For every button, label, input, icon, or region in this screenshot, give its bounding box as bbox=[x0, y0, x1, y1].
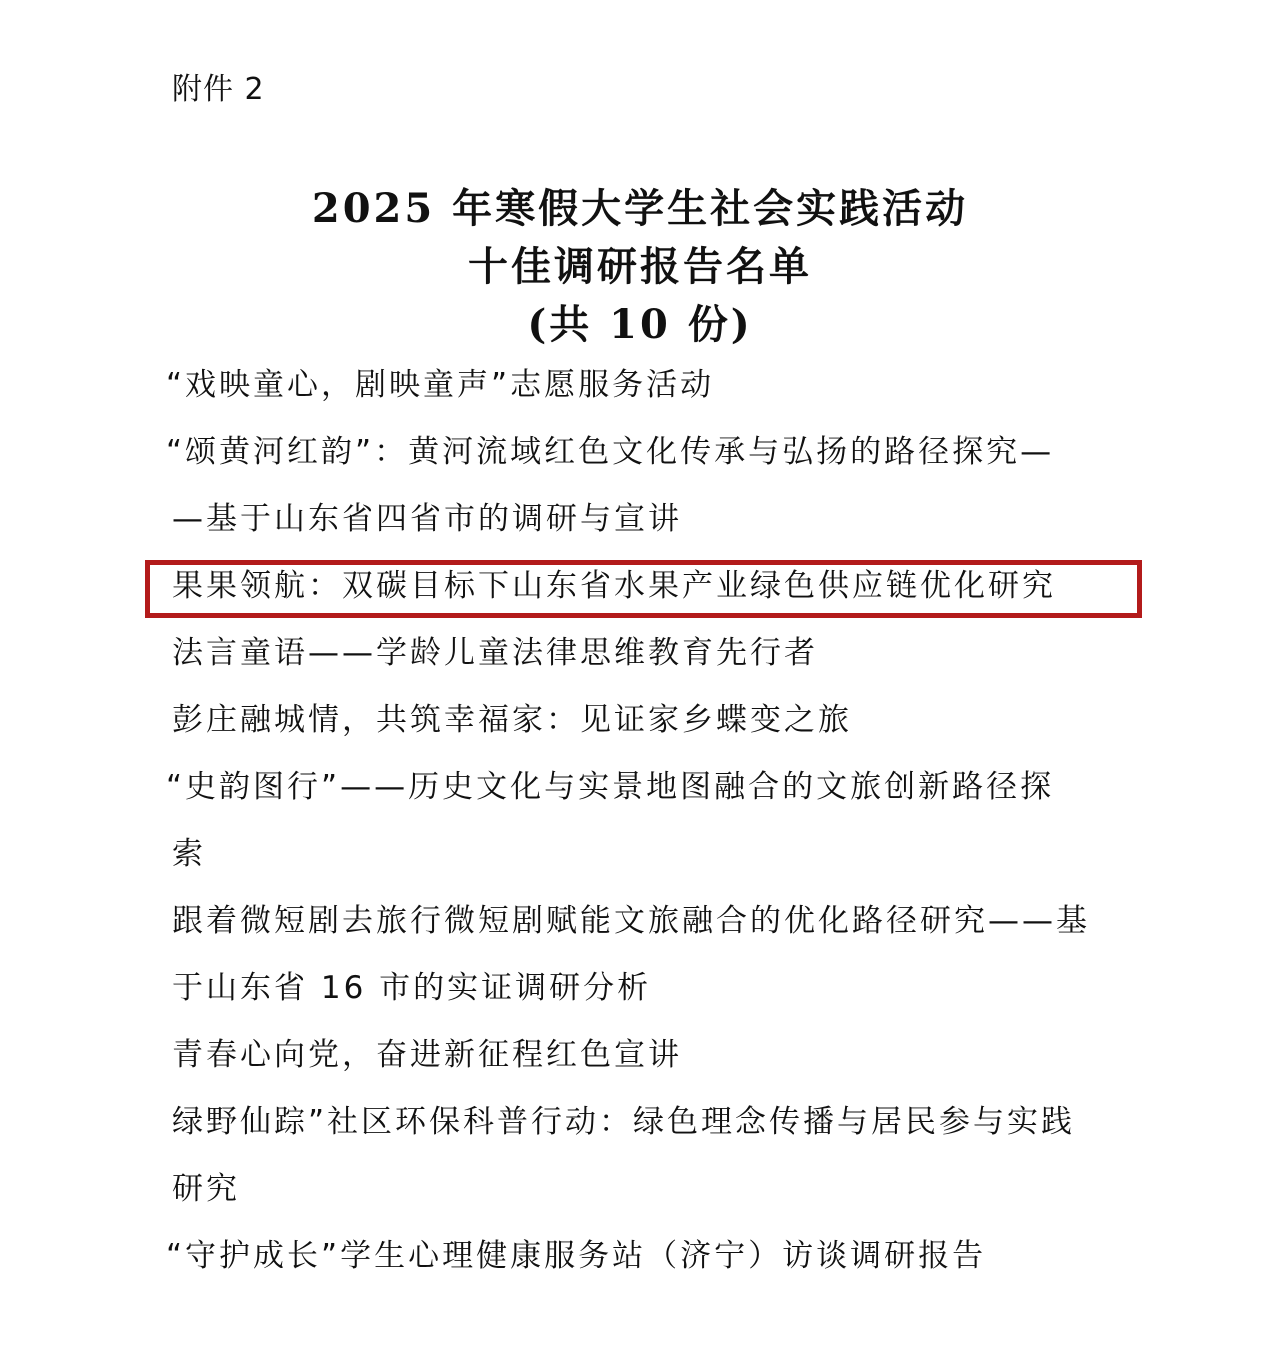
report-line: 绿野仙踪”社区环保科普行动：绿色理念传播与居民参与实践 bbox=[172, 1089, 1112, 1156]
report-line: “史韵图行”——历史文化与实景地图融合的文旅创新路径探 bbox=[166, 754, 1112, 821]
report-line: “颂黄河红韵”：黄河流域红色文化传承与弘扬的路径探究— bbox=[166, 419, 1112, 486]
title-line-3: (共 10 份) bbox=[0, 296, 1280, 354]
title-line-1: 2025 年寒假大学生社会实践活动 bbox=[0, 180, 1280, 238]
document-title: 2025 年寒假大学生社会实践活动 十佳调研报告名单 (共 10 份) bbox=[0, 180, 1280, 354]
report-line: 于山东省 16 市的实证调研分析 bbox=[172, 955, 1112, 1022]
report-line: “守护成长”学生心理健康服务站（济宁）访谈调研报告 bbox=[166, 1223, 1112, 1290]
report-line: “戏映童心，剧映童声”志愿服务活动 bbox=[166, 352, 1112, 419]
report-line: 青春心向党，奋进新征程红色宣讲 bbox=[172, 1022, 1112, 1089]
report-line-highlighted: 果果领航：双碳目标下山东省水果产业绿色供应链优化研究 bbox=[172, 553, 1112, 620]
report-list: “戏映童心，剧映童声”志愿服务活动 “颂黄河红韵”：黄河流域红色文化传承与弘扬的… bbox=[172, 352, 1112, 1290]
title-line-2: 十佳调研报告名单 bbox=[0, 238, 1280, 296]
report-line: 跟着微短剧去旅行微短剧赋能文旅融合的优化路径研究——基 bbox=[172, 888, 1112, 955]
attachment-label: 附件 2 bbox=[172, 70, 265, 110]
report-line: 索 bbox=[172, 821, 1112, 888]
report-line: 研究 bbox=[172, 1156, 1112, 1223]
report-line: 法言童语——学龄儿童法律思维教育先行者 bbox=[172, 620, 1112, 687]
report-line: —基于山东省四省市的调研与宣讲 bbox=[172, 486, 1112, 553]
report-line: 彭庄融城情，共筑幸福家：见证家乡蝶变之旅 bbox=[172, 687, 1112, 754]
